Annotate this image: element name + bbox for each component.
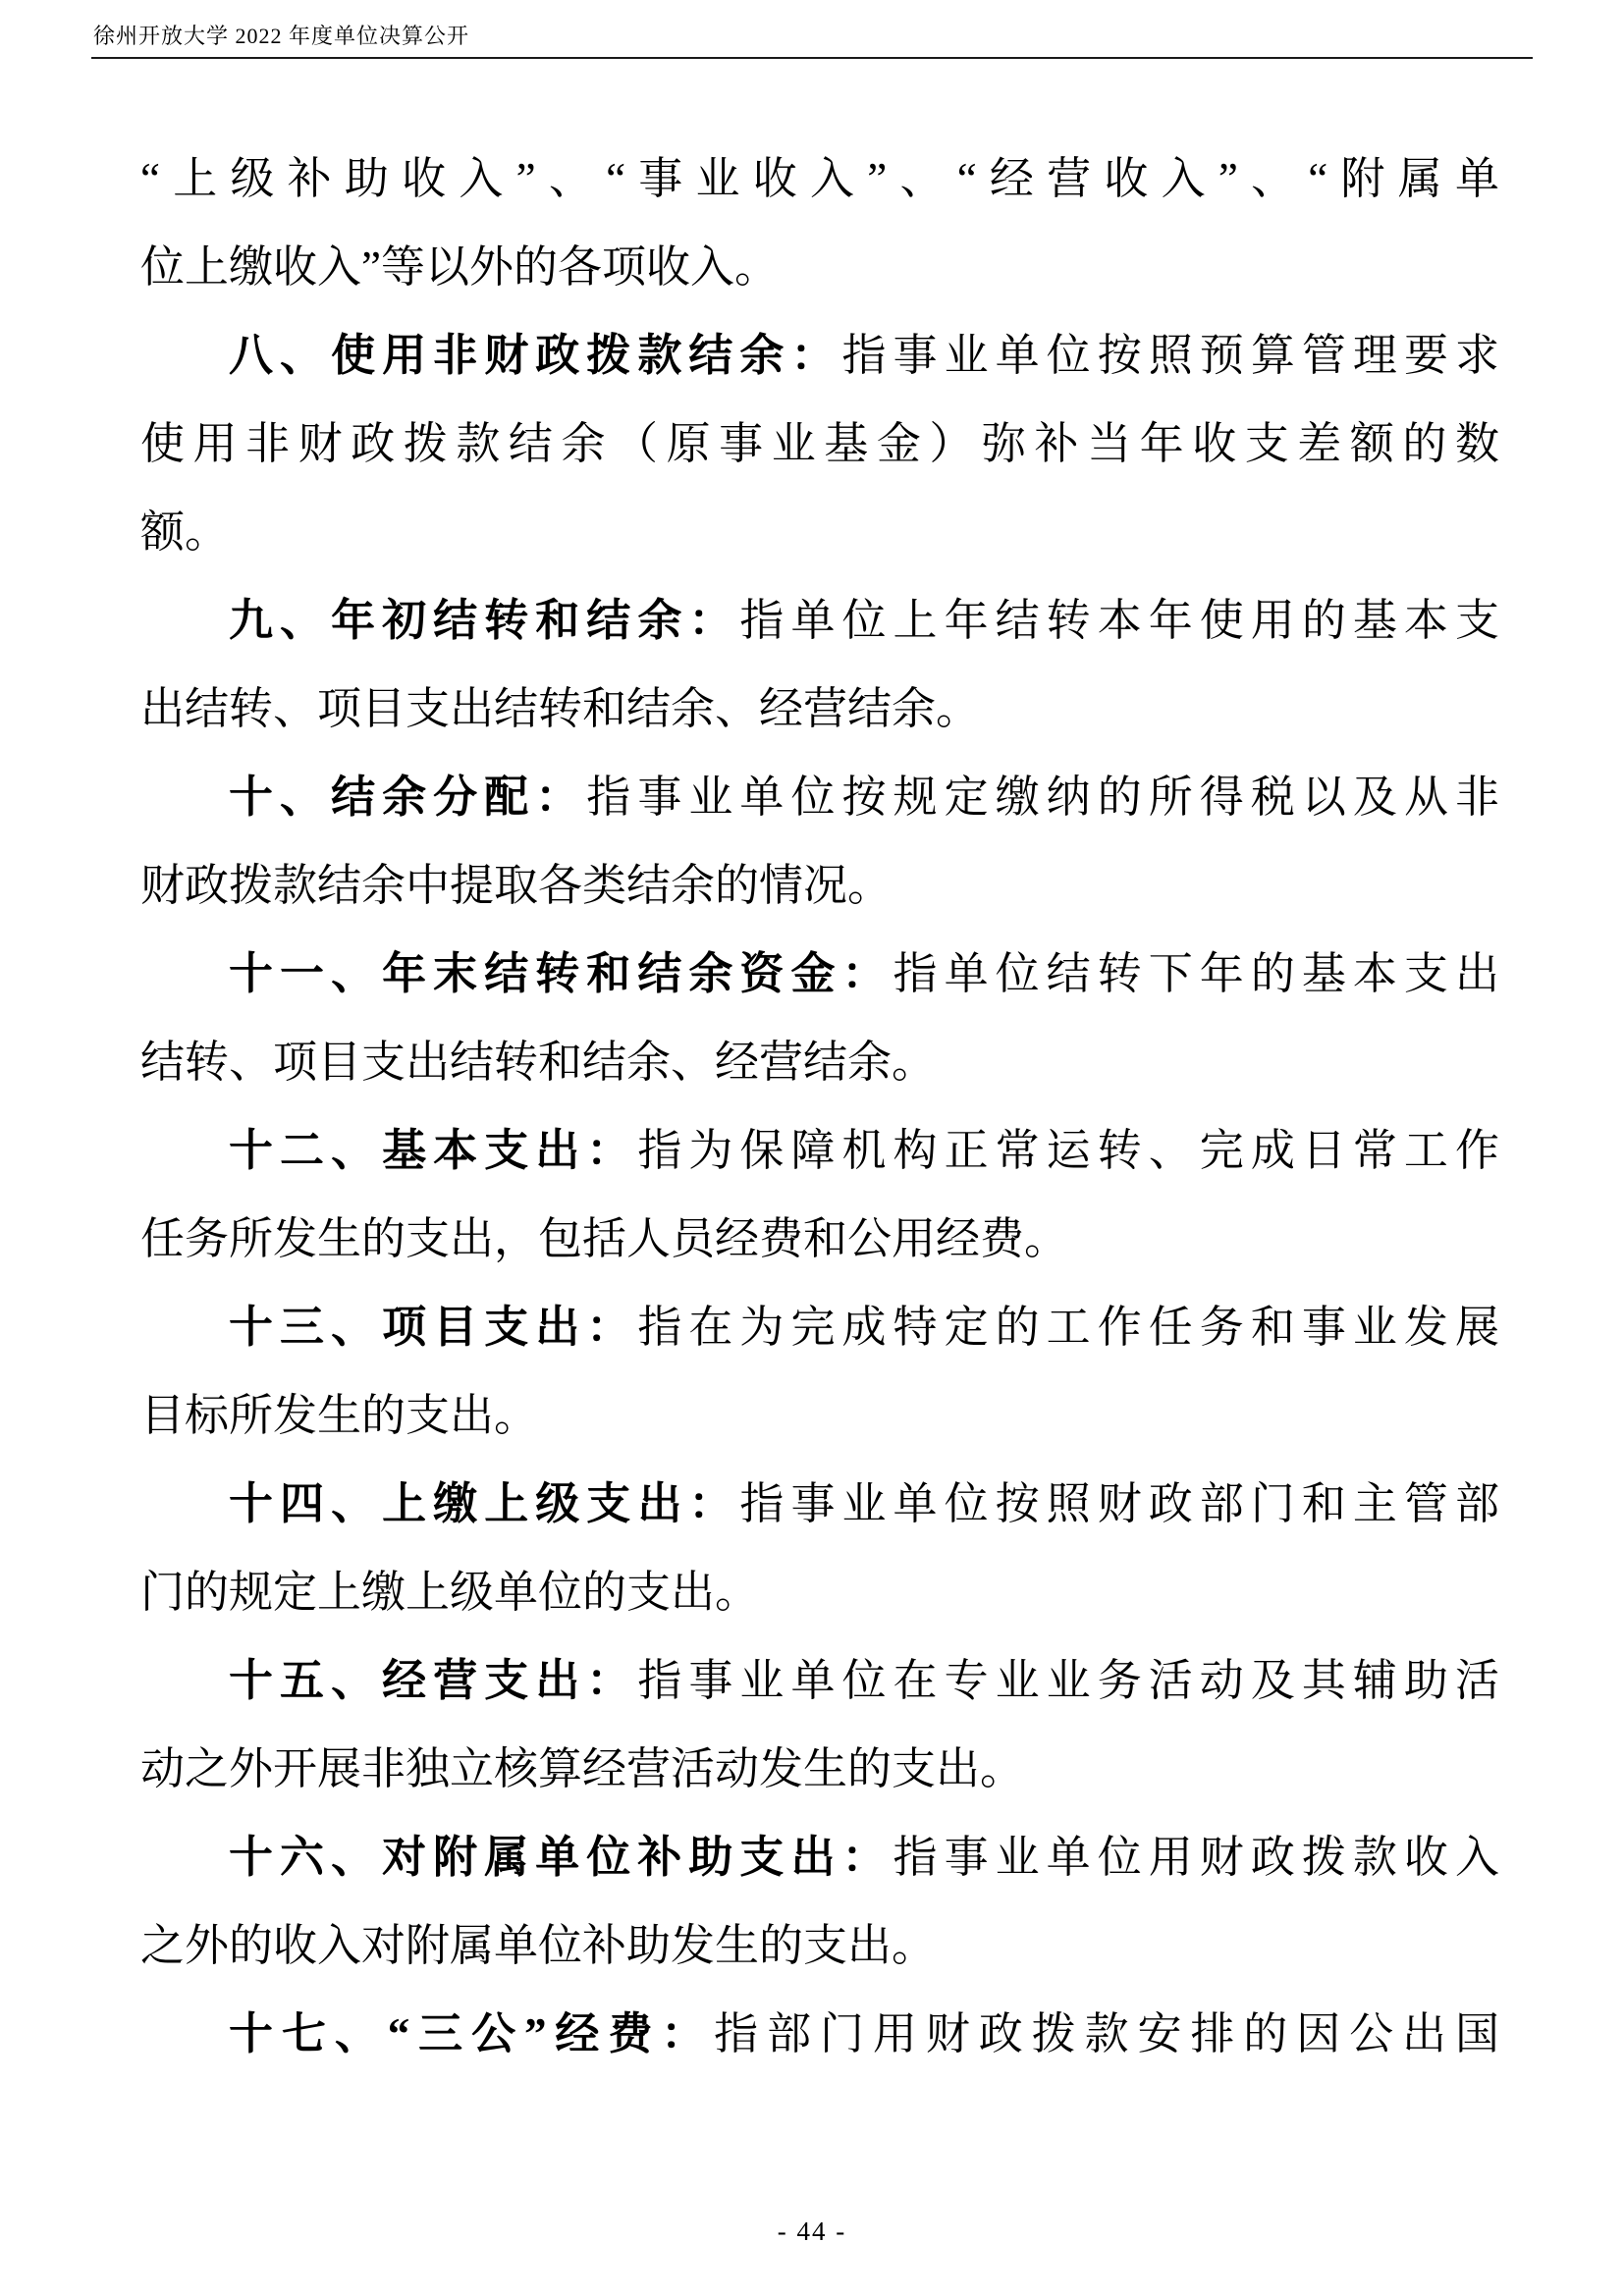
page-header-title: 徐州开放大学 2022 年度单位决算公开 [93,20,469,50]
text-line: 十四、上缴上级支出：指事业单位按照财政部门和主管部 [140,1460,1499,1548]
term-label: 九、年初结转和结余： [229,596,739,645]
text-line: 使用非财政拨款结余（原事业基金）弥补当年收支差额的数 [140,400,1499,488]
line-text: 指事业单位在专业业务活动及其辅助活 [637,1656,1499,1705]
line-text: 指事业单位用财政拨款收入 [893,1833,1499,1882]
line-text: 财政拨款结余中提取各类结余的情况。 [140,861,892,910]
header-rule [91,57,1533,59]
line-text: 指单位上年结转本年使用的基本支 [739,596,1499,645]
line-text: 使用非财政拨款结余（原事业基金）弥补当年收支差额的数 [140,419,1499,468]
term-label: 十、结余分配： [229,773,586,822]
text-line: 八、使用非财政拨款结余：指事业单位按照预算管理要求 [140,311,1499,400]
term-label: 十五、经营支出： [229,1656,637,1705]
term-label: 十一、年末结转和结余资金： [229,949,893,998]
line-text: 任务所发生的支出，包括人员经费和公用经费。 [140,1214,1068,1263]
text-line: 十、结余分配：指事业单位按规定缴纳的所得税以及从非 [140,753,1499,841]
text-line: 目标所发生的支出。 [140,1371,1499,1460]
text-line: 额。 [140,488,1499,576]
line-text: 指在为完成特定的工作任务和事业发展 [637,1303,1499,1352]
body-text: “上级补助收入”、“事业收入”、“经营收入”、“附属单 位上缴收入”等以外的各项… [140,134,1499,2078]
document-page: 徐州开放大学 2022 年度单位决算公开 “上级补助收入”、“事业收入”、“经营… [0,0,1624,2296]
line-text: 指事业单位按照财政部门和主管部 [739,1479,1499,1528]
line-text: 额。 [140,507,229,557]
line-text: 结转、项目支出结转和结余、经营结余。 [140,1038,936,1087]
text-line: 九、年初结转和结余：指单位上年结转本年使用的基本支 [140,576,1499,665]
text-line: 动之外开展非独立核算经营活动发生的支出。 [140,1725,1499,1813]
line-text: 位上缴收入”等以外的各项收入。 [140,242,779,292]
term-label: 十二、基本支出： [229,1126,637,1175]
text-line: 十三、项目支出：指在为完成特定的工作任务和事业发展 [140,1283,1499,1371]
line-text: 门的规定上缴上级单位的支出。 [140,1568,759,1617]
line-text: 之外的收入对附属单位补助发生的支出。 [140,1921,936,1970]
text-line: 十七、“三公”经费：指部门用财政拨款安排的因公出国 [140,1990,1499,2078]
text-line: 财政拨款结余中提取各类结余的情况。 [140,841,1499,930]
term-label: 十六、对附属单位补助支出： [229,1833,893,1882]
text-line: 十二、基本支出：指为保障机构正常运转、完成日常工作 [140,1106,1499,1195]
text-line: 位上缴收入”等以外的各项收入。 [140,223,1499,311]
text-line: 十一、年末结转和结余资金：指单位结转下年的基本支出 [140,930,1499,1018]
text-line: 结转、项目支出结转和结余、经营结余。 [140,1018,1499,1106]
term-label: 十三、项目支出： [229,1303,637,1352]
text-line: 门的规定上缴上级单位的支出。 [140,1548,1499,1636]
text-line: 十六、对附属单位补助支出：指事业单位用财政拨款收入 [140,1813,1499,1901]
page-number: - 44 - [0,2216,1624,2247]
line-text: 指事业单位按规定缴纳的所得税以及从非 [586,773,1499,822]
text-line: 任务所发生的支出，包括人员经费和公用经费。 [140,1195,1499,1283]
text-line: 出结转、项目支出结转和结余、经营结余。 [140,665,1499,753]
text-line: 十五、经营支出：指事业单位在专业业务活动及其辅助活 [140,1636,1499,1725]
line-text: 出结转、项目支出结转和结余、经营结余。 [140,684,980,733]
term-label: 八、使用非财政拨款结余： [229,331,842,380]
text-line: “上级补助收入”、“事业收入”、“经营收入”、“附属单 [140,134,1499,223]
line-text: 目标所发生的支出。 [140,1391,538,1440]
text-line: 之外的收入对附属单位补助发生的支出。 [140,1901,1499,1990]
line-text: “上级补助收入”、“事业收入”、“经营收入”、“附属单 [140,154,1499,203]
term-label: 十四、上缴上级支出： [229,1479,739,1528]
line-text: 指单位结转下年的基本支出 [893,949,1499,998]
line-text: 指为保障机构正常运转、完成日常工作 [637,1126,1499,1175]
line-text: 指事业单位按照预算管理要求 [842,331,1500,380]
line-text: 动之外开展非独立核算经营活动发生的支出。 [140,1744,1024,1793]
line-text: 指部门用财政拨款安排的因公出国 [714,2009,1499,2058]
term-label: 十七、“三公”经费： [229,2009,714,2058]
